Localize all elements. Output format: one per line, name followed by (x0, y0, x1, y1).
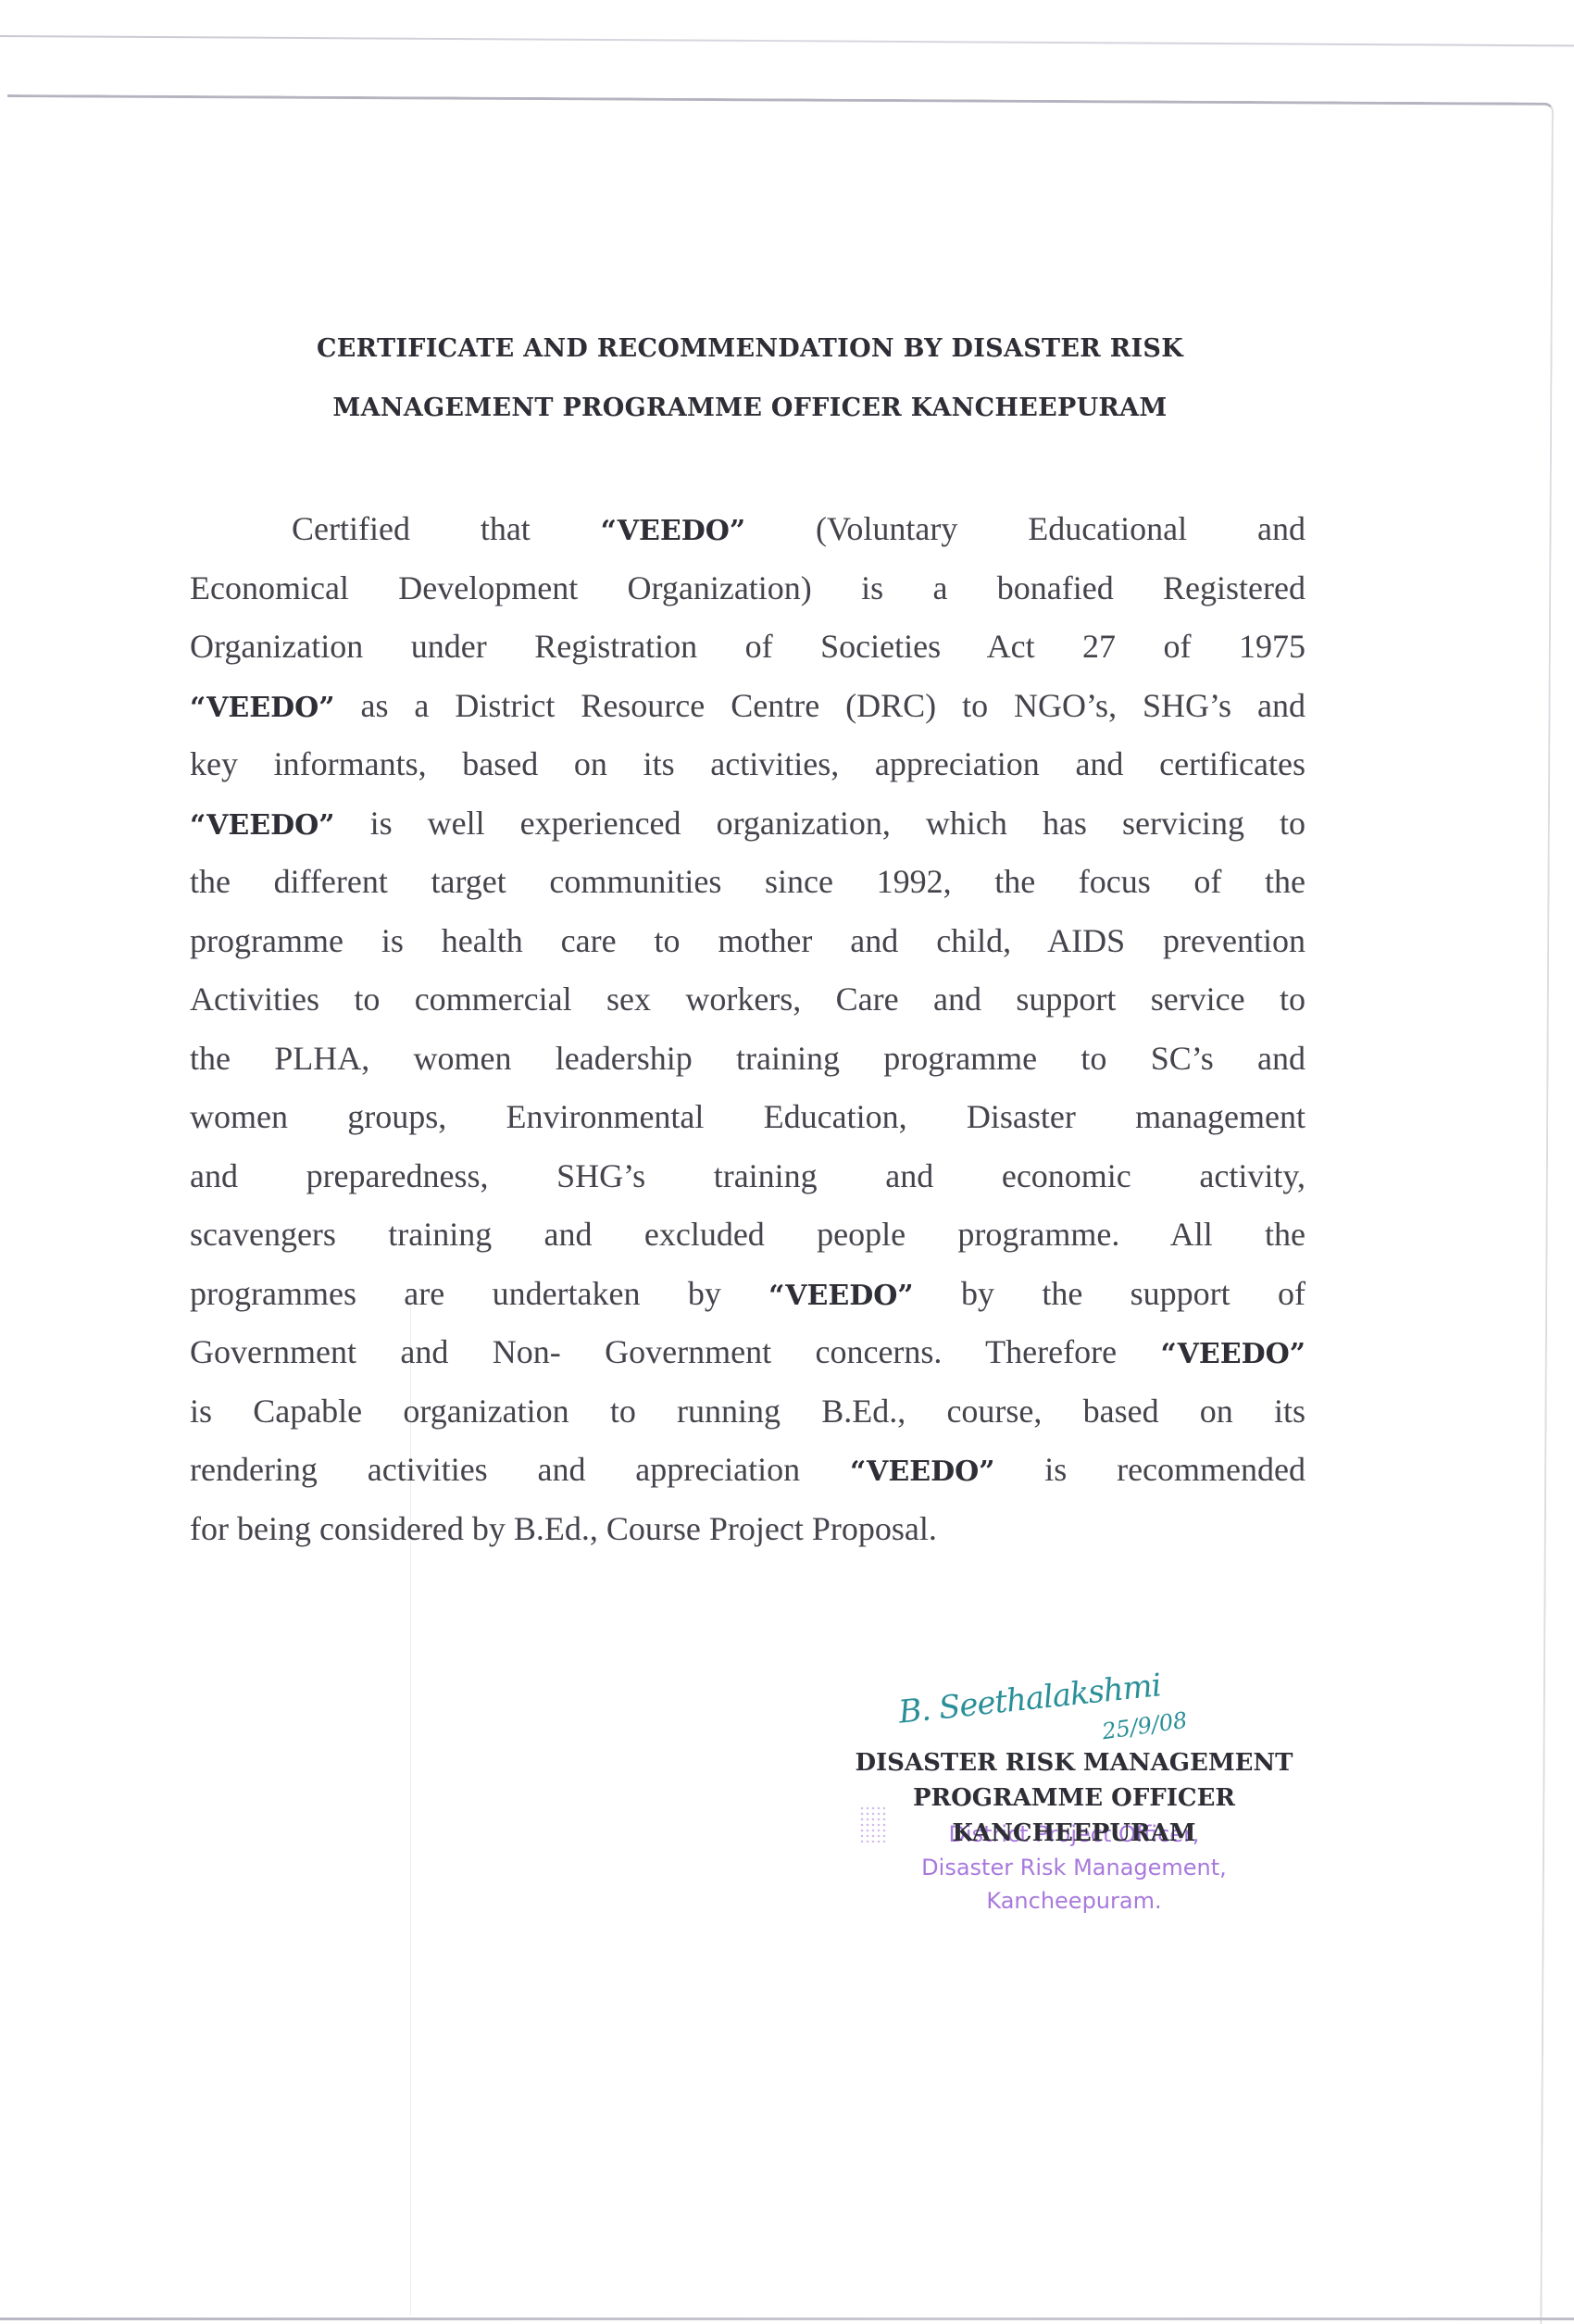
body-line: Economical Development Organization) is … (190, 559, 1305, 618)
body-text-segment: scavengers training and excluded people … (190, 1216, 1305, 1253)
body-text-segment: Certified that (292, 510, 601, 547)
body-line: the different target communities since 1… (190, 853, 1305, 912)
body-line: rendering activities and appreciation “V… (190, 1441, 1305, 1500)
document-title: CERTIFICATE AND RECOMMENDATION BY DISAST… (278, 319, 1222, 438)
body-text-segment: and preparedness, SHG’s training and eco… (190, 1157, 1305, 1194)
stamp-line-2: Disaster Risk Management, (870, 1851, 1278, 1884)
body-line: “VEEDO” as a District Resource Centre (D… (190, 677, 1305, 736)
body-text-segment: is recommended (994, 1451, 1305, 1488)
body-line: key informants, based on its activities,… (190, 735, 1305, 794)
org-name-emphasis: “VEEDO” (1160, 1338, 1305, 1370)
title-line-1: CERTIFICATE AND RECOMMENDATION BY DISAST… (278, 319, 1222, 379)
org-name-emphasis: “VEEDO” (768, 1280, 914, 1312)
body-line: “VEEDO” is well experienced organization… (190, 794, 1305, 854)
body-line: for being considered by B.Ed., Course Pr… (190, 1500, 1305, 1559)
body-text-segment: for being considered by B.Ed., Course Pr… (190, 1510, 937, 1547)
body-text-segment: Activities to commercial sex workers, Ca… (190, 981, 1305, 1018)
signatory-block: DISASTER RISK MANAGEMENT PROGRAMME OFFIC… (815, 1745, 1333, 1851)
body-line: programme is health care to mother and c… (190, 912, 1305, 971)
body-line: Certified that “VEEDO” (Voluntary Educat… (190, 500, 1305, 559)
org-name-emphasis: “VEEDO” (601, 515, 746, 547)
body-text-segment: (Voluntary Educational and (745, 510, 1305, 547)
body-line: the PLHA, women leadership training prog… (190, 1030, 1305, 1089)
body-text-segment: key informants, based on its activities,… (190, 745, 1305, 782)
scan-edge-top (0, 35, 1574, 46)
body-text-segment: by the support of (914, 1275, 1305, 1312)
signatory-line-1: DISASTER RISK MANAGEMENT (815, 1745, 1333, 1780)
body-text-segment: is well experienced organization, which … (335, 805, 1305, 842)
body-text-segment: Economical Development Organization) is … (190, 569, 1305, 606)
body-line: is Capable organization to running B.Ed.… (190, 1382, 1305, 1442)
body-text-segment: as a District Resource Centre (DRC) to N… (335, 687, 1305, 724)
body-line: scavengers training and excluded people … (190, 1206, 1305, 1265)
org-name-emphasis: “VEEDO” (190, 692, 335, 724)
certificate-body: Certified that “VEEDO” (Voluntary Educat… (190, 500, 1305, 1558)
signatory-line-2: PROGRAMME OFFICER (815, 1780, 1333, 1816)
body-text-segment: the different target communities since 1… (190, 863, 1305, 900)
body-line: Organization under Registration of Socie… (190, 618, 1305, 677)
body-line: Government and Non- Government concerns.… (190, 1323, 1305, 1382)
body-text-segment: rendering activities and appreciation (190, 1451, 850, 1488)
body-text-segment: programme is health care to mother and c… (190, 922, 1305, 959)
body-text-segment: the PLHA, women leadership training prog… (190, 1040, 1305, 1077)
scan-edge-bottom (0, 2318, 1574, 2320)
body-text-segment: Government and Non- Government concerns.… (190, 1333, 1160, 1370)
org-name-emphasis: “VEEDO” (190, 809, 335, 842)
org-name-emphasis: “VEEDO” (850, 1456, 995, 1488)
body-line: Activities to commercial sex workers, Ca… (190, 970, 1305, 1030)
signatory-line-3: KANCHEEPURAM (815, 1816, 1333, 1851)
body-line: and preparedness, SHG’s training and eco… (190, 1147, 1305, 1206)
body-text-segment: Organization under Registration of Socie… (190, 628, 1305, 665)
body-text-segment: programmes are undertaken by (190, 1275, 768, 1312)
title-line-2: MANAGEMENT PROGRAMME OFFICER KANCHEEPURA… (278, 379, 1222, 438)
body-line: programmes are undertaken by “VEEDO” by … (190, 1265, 1305, 1324)
body-text-segment: women groups, Environmental Education, D… (190, 1098, 1305, 1135)
body-text-segment: is Capable organization to running B.Ed.… (190, 1393, 1305, 1430)
body-line: women groups, Environmental Education, D… (190, 1088, 1305, 1147)
stamp-line-3: Kancheepuram. (870, 1884, 1278, 1918)
